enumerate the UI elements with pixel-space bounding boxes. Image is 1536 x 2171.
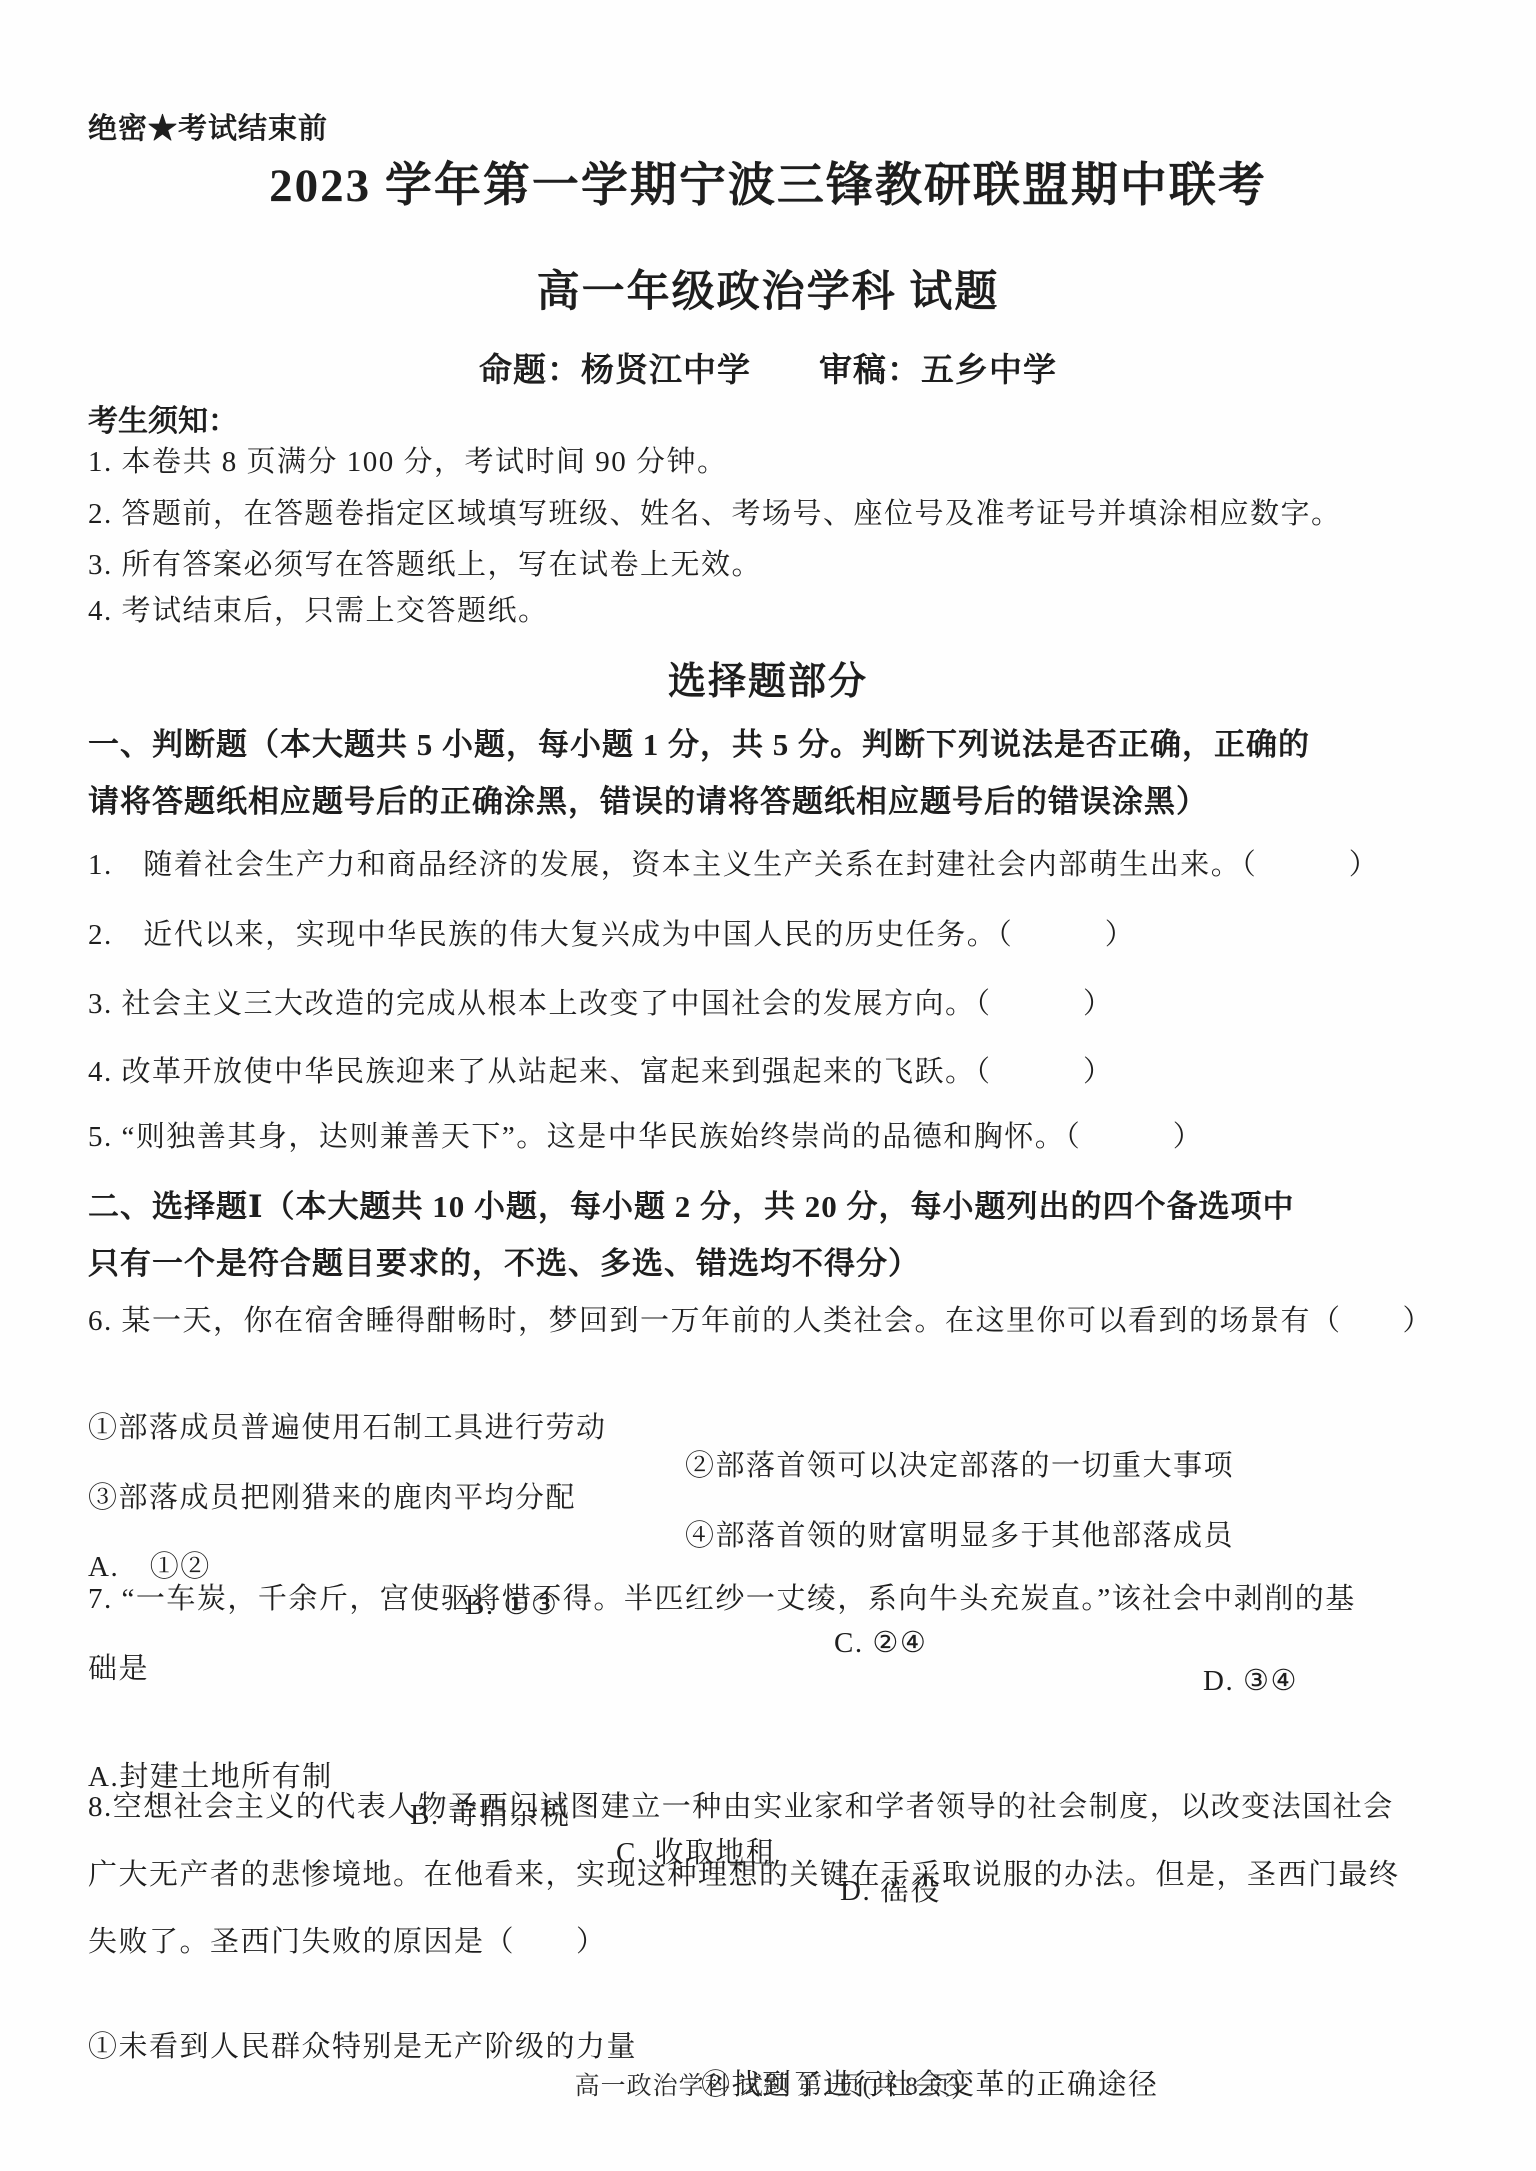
- question-4: 4. 改革开放使中华民族迎来了从站起来、富起来到强起来的飞跃。（ ）: [88, 1053, 1453, 1091]
- question-8-line-1: 8.空想社会主义的代表人物圣西门试图建立一种由实业家和学者领导的社会制度，以改变…: [88, 1788, 1453, 1826]
- notice-heading: 考生须知：: [88, 396, 1453, 440]
- page-footer: 高一政治学科 试题 第1页(共 8 页): [0, 2066, 1536, 2102]
- exam-subtitle: 高一年级政治学科 试题: [0, 258, 1536, 319]
- question-7-stem-line2: 础是: [88, 1650, 1453, 1688]
- exam-paper-page: 绝密★考试结束前 2023 学年第一学期宁波三锋教研联盟期中联考 高一年级政治学…: [0, 0, 1536, 2171]
- q8-item-1: ①未看到人民群众特别是无产阶级的力量: [88, 2028, 637, 2066]
- question-8-line-2: 广大无产者的悲惨境地。在他看来，实现这种理想的关键在于采取说服的办法。但是，圣西…: [88, 1856, 1453, 1894]
- notice-item-3: 3. 所有答案必须写在答题纸上，写在试卷上无效。: [88, 546, 1453, 584]
- security-label: 绝密★考试结束前: [88, 106, 1453, 147]
- exam-title: 2023 学年第一学期宁波三锋教研联盟期中联考: [0, 148, 1536, 215]
- question-6-stem: 6. 某一天，你在宿舍睡得酣畅时，梦回到一万年前的人类社会。在这里你可以看到的场…: [88, 1302, 1453, 1340]
- byline: 命题：杨贤江中学 审稿：五乡中学: [0, 344, 1536, 391]
- question-7-options: A.封建土地所有制 B. 苛捐杂税 C. 收取地租 D. 徭役: [88, 1720, 1453, 1948]
- part2-heading: 二、选择题Ⅰ（本大题共 10 小题，每小题 2 分，共 20 分，每小题列出的四…: [88, 1178, 1453, 1292]
- notice-item-4: 4. 考试结束后，只需上交答题纸。: [88, 592, 1453, 630]
- question-7-stem-line1: 7. “一车炭，千余斤，宫使驱将惜不得。半匹红纱一丈绫，系向牛头充炭直。”该社会…: [88, 1580, 1453, 1618]
- question-2: 2. 近代以来，实现中华民族的伟大复兴成为中国人民的历史任务。（ ）: [88, 916, 1453, 954]
- question-5: 5. “则独善其身，达则兼善天下”。这是中华民族始终崇尚的品德和胸怀。（ ）: [88, 1118, 1453, 1156]
- section-heading-choice: 选择题部分: [0, 650, 1536, 705]
- notice-item-2: 2. 答题前，在答题卷指定区域填写班级、姓名、考场号、座位号及准考证号并填涂相应…: [88, 495, 1453, 533]
- part1-heading: 一、判断题（本大题共 5 小题，每小题 1 分，共 5 分。判断下列说法是否正确…: [88, 716, 1453, 830]
- notice-item-1: 1. 本卷共 8 页满分 100 分，考试时间 90 分钟。: [88, 443, 1453, 481]
- question-8-line-3: 失败了。圣西门失败的原因是（ ）: [88, 1923, 1453, 1961]
- question-6-options: A. ①② B. ①③ C. ②④ D. ③④: [88, 1510, 1453, 1738]
- question-3: 3. 社会主义三大改造的完成从根本上改变了中国社会的发展方向。（ ）: [88, 985, 1453, 1023]
- question-1: 1. 随着社会生产力和商品经济的发展，资本主义生产关系在封建社会内部萌生出来。（…: [88, 846, 1453, 884]
